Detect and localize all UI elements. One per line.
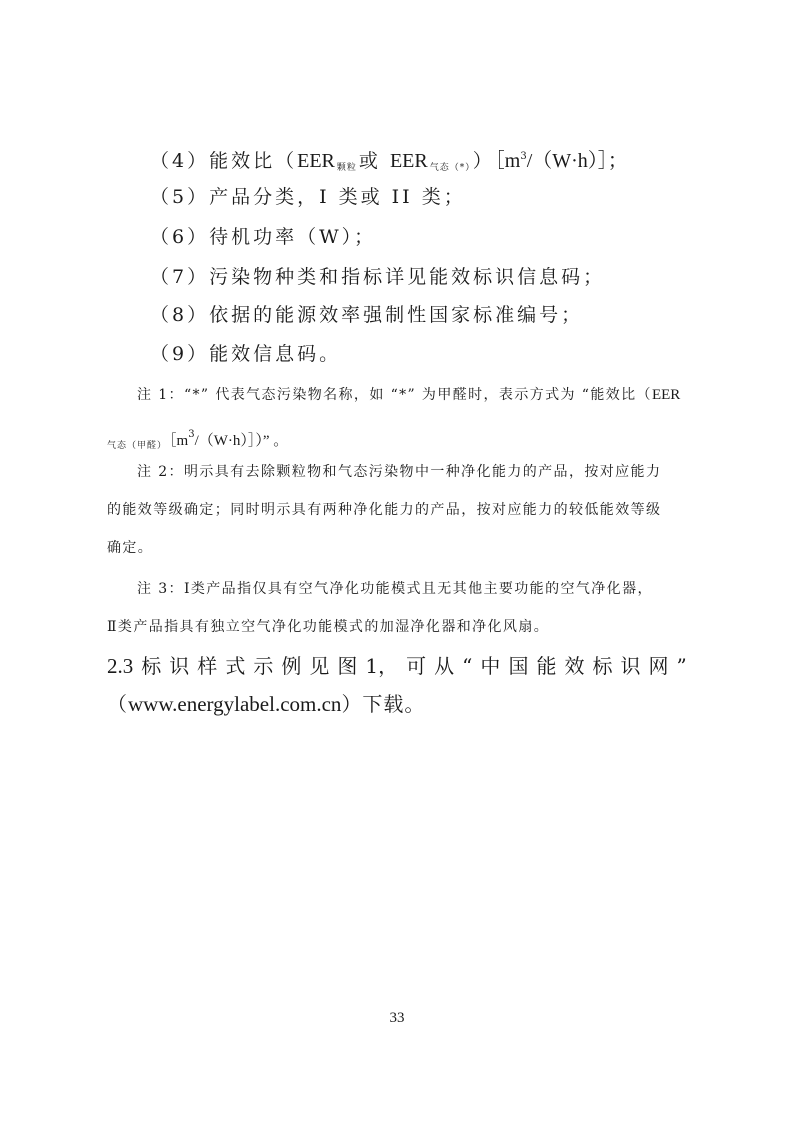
list-item-7: （7）污染物种类和指标详见能效标识信息码； [150,262,605,292]
list-item-4: （4）能效比（EER颗粒或 EER气态（*））［m3/（W·h）］； [150,142,628,172]
document-page: （4）能效比（EER颗粒或 EER气态（*））［m3/（W·h）］； （5）产品… [0,0,794,1123]
subscript: 气态（*） [430,163,471,173]
note-3-line-2: Ⅱ类产品指具有独立空气净化功能模式的加湿净化器和净化风扇。 [107,615,549,639]
item-text: 产品分类，I 类或 II 类； [209,186,466,208]
subscript: 气态（甲醛） [107,441,167,451]
list-item-9: （9）能效信息码。 [150,339,341,369]
page-number: 33 [0,1010,794,1027]
item-number: （9） [150,343,209,365]
note-2-line-3: 确定。 [107,536,153,560]
item-number: （8） [150,304,209,326]
note-1-line-2: 气态（甲醛）［m3/（W·h）］）” 。 [107,423,288,447]
list-item-8: （8）依据的能源效率强制性国家标准编号； [150,300,583,330]
item-text: 待机功率（W）； [209,226,376,248]
item-number: （4） [150,150,209,172]
note-2-line-2: 的能效等级确定；同时明示具有两种净化能力的产品，按对应能力的较低能效等级 [107,498,661,522]
item-number: （6） [150,226,209,248]
note-1-line-1: 注 1：“*” 代表气态污染物名称，如 “*” 为甲醛时，表示方式为 “能效比（… [137,383,680,407]
note-3-line-1: 注 3：Ⅰ类产品指仅具有空气净化功能模式且无其他主要功能的空气净化器， [137,577,653,601]
section-2-3-line-2: （www.energylabel.com.cn）下载。 [107,688,425,720]
item-text: 依据的能源效率强制性国家标准编号； [209,304,583,326]
list-item-5: （5）产品分类，I 类或 II 类； [150,182,466,212]
note-2-line-1: 注 2：明示具有去除颗粒物和气态污染物中一种净化能力的产品，按对应能力 [137,460,687,484]
item-text: 能效信息码。 [209,343,341,365]
section-2-3-heading: 2.3 标 识 样 式 示 例 见 图 1， 可 从 “ 中 国 能 效 标 识… [107,650,687,682]
item-text: 污染物种类和指标详见能效标识信息码； [209,266,605,288]
list-item-6: （6）待机功率（W）； [150,222,376,252]
item-number: （5） [150,186,209,208]
subscript: 颗粒 [337,163,357,173]
section-number: 2.3 [107,650,133,682]
website-url: www.energylabel.com.cn [128,692,341,716]
item-number: （7） [150,266,209,288]
